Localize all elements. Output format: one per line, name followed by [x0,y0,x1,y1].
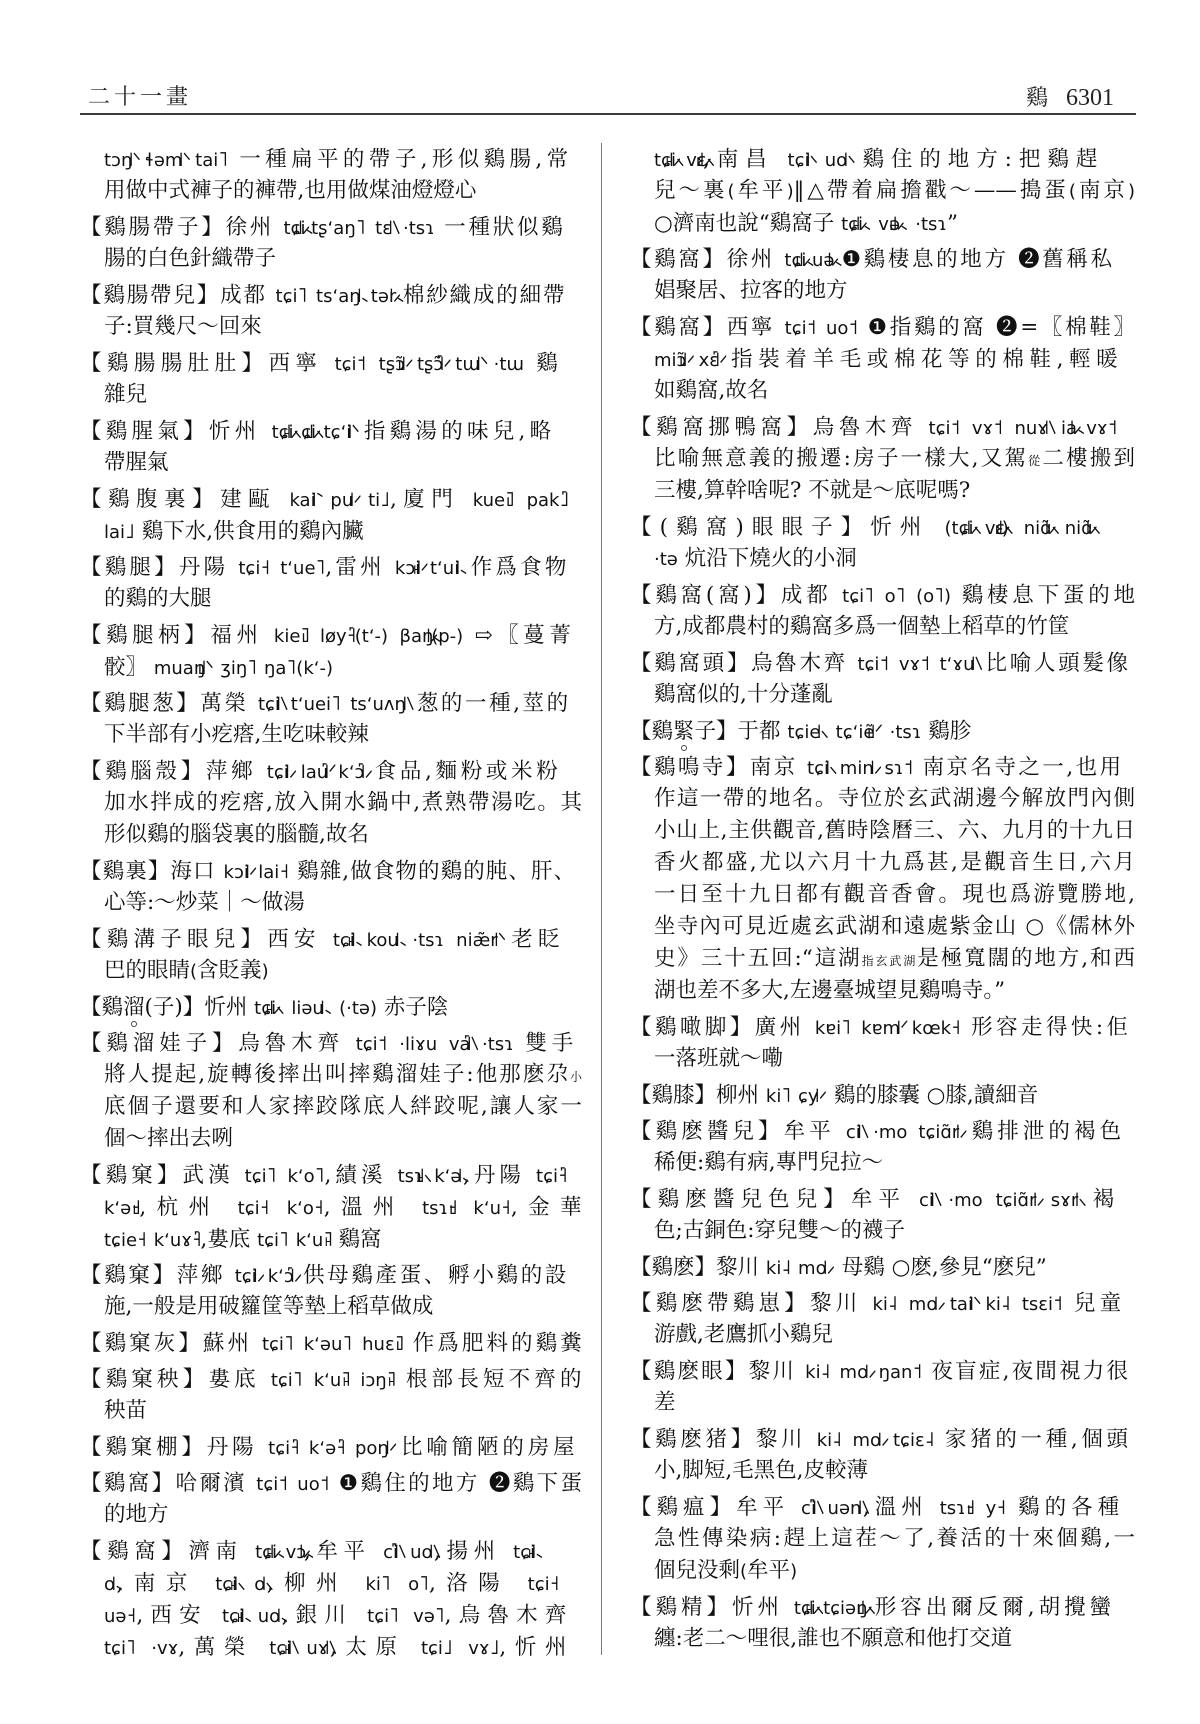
headword-text: 鷄溜娃子 [106,1031,212,1056]
dictionary-entry: 【鷄麽】黎川 ki˨ mo˩˧ 母鷄 ○麽,參見“麽兒” [630,1251,1135,1283]
headword-text: 鷄窩(窩) [655,583,751,608]
ipa-transcription: kʻɔ [338,762,364,783]
ipa-transcription: uɤ [306,1638,328,1659]
tone-letters: ˥˩ [433,1539,434,1563]
entry-line: 差 [630,1387,1135,1419]
bracket-open: 【 [630,1083,652,1108]
tone-letters: ˩ [443,1635,453,1659]
definition-text: 忻州 tɕi˧˩˧˫ liəu˨˩ (·tə) 赤子陰 [204,995,448,1020]
entry-line: 的鷄的大腿 [80,583,582,615]
tone-letters: ˨˩ [399,927,400,951]
left-column: tɔŋ˥˧ ɬəm˥˧ tai˥ 一種扁平的帶子,形似鷄腸,常用做中式褲子的褲帶… [80,143,582,1663]
tone-letters: ˥ [267,1163,277,1187]
definition-text: 黎川 ki˨ mo˩˧ 母鷄 ○麽,參見“麽兒” [716,1255,1047,1280]
ipa-transcription: niɑ̃ [1024,518,1052,539]
tone-letters: ˧ [260,555,270,579]
tone-letters: ˨ [1001,1291,1011,1315]
definition-text: ·tə 炕沿下燒火的小洞 [654,546,857,571]
ipa-transcription: uo [297,1474,319,1495]
ipa-transcription: kʻə [309,1438,336,1459]
entry-line: 一落班就～嘞 [630,1043,1135,1075]
ipa-transcription: ki [817,1430,832,1451]
tone-letters: ˦ [378,1031,388,1055]
ipa-transcription: ia [1061,418,1077,439]
tone-letters: ˨ [832,1427,842,1451]
tone-letters: ˨˦ [249,859,250,883]
ipa-transcription: ) [787,181,794,202]
ipa-transcription: tɕi [654,150,676,171]
bracket-open: 【 [80,995,102,1020]
running-head-right: 鷄6301 [1026,84,1114,113]
definition-text: lai˩ 鷄下水,供食用的鷄內臟 [104,519,364,544]
ipa-transcription: kɔi [395,558,420,579]
tone-letters: ˧˥˪ [874,719,882,743]
dictionary-entry: 【鷄精】忻州 tɕi˧˩˧˫ tɕiəŋ˧˩˧˪ 形容出爾反爾,胡攪蠻纏:老二～… [630,1591,1135,1655]
bracket-close: 】 [176,691,200,716]
ipa-transcription: (tɕi [944,518,973,539]
bracket-close: 】 [154,555,179,580]
tone-letters: ˨˩ [280,1603,281,1627]
ipa-transcription: xɛ [699,350,719,371]
headword-text: 鷄瘟 [657,1495,710,1520]
tone-letters: ˦ [357,351,367,375]
ipa-transcription: tɔŋ [104,150,132,171]
dictionary-entry: 【鷄窩】徐州 tɕi˨˩˧˪ uə˨˩˧ ❶鷄棲息的地方 ❷舊稱私娼聚居、拉客的… [630,243,1135,307]
ipa-transcription: ci [846,1122,861,1143]
definition-text: 濟南 tɕi˨˩˧˫ vɔ˨˩˧,牟平 ci˥˩˹ uo˥˩,揚州 tɕi˨˩˫ [188,1539,534,1564]
dictionary-entry: 【鷄腸腸肚肚】西寧 tɕi˦ tʂɔ̃˨˦˪ tʂɔ̃˨˦˹ tɯ˥˧ ·tɯ … [80,347,582,411]
ipa-transcription: lai [258,862,279,883]
dictionary-entry: tɕi˧˩˧˫ vɛ˧˩˧˪,南昌 tɕi˦˨ uo˦˨ 鷄住的地方:把鷄趕兒～… [630,143,1135,239]
tone-letters: ˨˩ [459,555,460,579]
ipa-transcription: tɕi [929,418,951,439]
ipa-transcription: uo [258,1606,280,1627]
entry-headword: 【鷄窩(窩)】 [630,583,781,608]
dictionary-entry: 【鷄溜(子)】忻州 tɕi˧˩˧˫ liəu˨˩ (·tə) 赤子陰 [80,991,582,1023]
entry-line: 史》三十五回:“這湖指玄武湖是極寬闊的地方,和西 [630,943,1135,975]
ipa-transcription: tɕi [284,218,306,239]
dictionary-entry: 【鷄溜娃子】烏魯木齊 tɕi˦ ·liɤu va˥˩˹ ·tsɿ 雙手將人提起,… [80,1027,582,1155]
definition-text: 西安 tɕi˨˩˫ kou˨˩ ·tsɿ niæ̃r˥˧ 老眨 [267,927,559,952]
ipa-transcription: ki [365,1574,380,1595]
ipa-transcription: tʂɔ̃ [417,354,443,375]
bracket-close: 】 [716,719,738,744]
tone-letters: ˧˹ [192,1227,200,1251]
tone-letters: ˩˧ [959,1119,960,1143]
ipa-transcription: tɕi [785,318,807,339]
dictionary-entry: 【鷄瘟】牟平 ci˥˩˹ uən˥˩,溫州 tsɿ˧˪ y˧ 鷄的各種急性傳染病… [630,1491,1135,1587]
entry-line: 方,成都農村的鷄窩多爲一個墊上稻草的竹筐 [630,611,1135,643]
bracket-close: 】 [192,487,220,512]
bracket-open: 【 [630,1495,657,1520]
definition-text: 史》三十五回:“這湖 [654,946,862,971]
headword-text: (鷄窩)眼眼子 [660,515,841,540]
entry-line: 比喻無意義的搬遷:房子一樣大,又駕從二樓搬到 [630,443,1135,475]
ipa-transcription: ·liɤu [399,1034,437,1055]
ipa-transcription: kou [367,930,399,951]
bracket-close: 】 [787,415,813,440]
ipa-transcription: tai [195,150,218,171]
definition-text: 福州 kie˥˪ løy˧˹(tʻ-) βaŋ˨˩˧(p-) ⇨〖蔓菁 [210,623,570,648]
definition-text: 牟平 ci˥˩ ·mo tɕiɑ̃r˩˧ sɤr˧˩ 褐 [851,1187,1114,1212]
entry-line: 坐寺內可見近處玄武湖和遠處紫金山 ○《儒林外 [630,911,1135,943]
dictionary-entry: 【鷄腦殼】萍鄉 tɕi˩˧ lau˧˥˹ kʻɔ˩˧˹ 食品,麵粉或米粉加水拌成… [80,755,582,851]
definition-text: 南京 tɕi˧˩ min˩˧ sɿ˦ 南京名寺之一,也用 [750,755,1121,780]
definition-text: 成都 tɕi˥ o˥ (o˥) 鷄棲息下蛋的地 [781,583,1135,608]
ipa-transcription: nuɤ [1014,418,1048,439]
bracket-open: 【 [80,215,104,240]
bracket-close: 】 [727,651,751,676]
entry-headword: 【鷄腿柄】 [80,623,210,648]
entry-line: 娼聚居、拉客的地方 [630,275,1135,307]
tone-letters: ˥˩ [1048,415,1049,439]
entry-line: 【鷄麽醬兒】牟平 ci˥˩ ·mo tɕiɑ̃r˩˧ 鷄排泄的褐色 [630,1115,1135,1147]
ipa-transcription: ɬəm [145,150,182,171]
definition-text: tɕie˧ kʻuɤ˧˹,婁底 tɕi˥ kʻu˥˫ 鷄窩 [104,1227,382,1252]
ipa-transcription: ʒiŋ [220,658,247,679]
bracket-close: 】 [181,1435,206,1460]
ipa-transcription: tɕi [257,1230,279,1251]
tone-letters: ˨˩ [115,1571,116,1595]
ipa-transcription: kʻu [314,1370,342,1391]
bracket-close: 】 [212,1031,238,1056]
definition-text: 小山上,主供觀音,舊時陰曆三、六、九月的十九日 [654,818,1135,843]
ipa-transcription: ·tsɿ [412,930,444,951]
definition-text: 海口 kɔi˨˦ lai˧ 鷄雜,做食物的鷄的肫、肝、 [170,859,575,884]
dictionary-entry: 【鷄窩頭】烏魯木齊 tɕi˦ vɤ˦ tʻɤu˥˩ 比喻人頭髮像鷄窩似的,十分蓬… [630,647,1135,711]
ipa-transcription: sɤr [1051,1190,1079,1211]
bracket-open: 【 [630,1595,656,1620]
tone-letters: ˩ [380,487,390,511]
entry-line: 湖也差不多大,左邊臺城望見鷄鳴寺。” [630,975,1135,1007]
tone-letters: ˥ [293,1367,303,1391]
bracket-close: 】 [695,1255,717,1280]
bracket-open: 【 [630,1427,655,1452]
ipa-transcription: ŋan [879,1362,913,1383]
headword-text: 鷄窩 [654,247,702,272]
ipa-transcription: ) [944,586,951,607]
entry-line: 心等:～炒菜｜～做湯 [80,887,582,919]
tone-letters: ˧˩ [829,755,830,779]
ipa-transcription: kɐi [815,1018,841,1039]
definition-text: 萍鄉 tɕi˩˧ lau˧˥˹ kʻɔ˩˧˹ 食品,麵粉或米粉 [206,759,558,784]
ipa-transcription: tɕi [262,1334,284,1355]
ipa-transcription: ki [766,1086,781,1107]
definition-text: 萬榮 tɕi˥˩ tʻuei˥ tsʻuʌŋ˥˩ 葱的一種,莖的 [200,691,568,716]
ipa-transcription: tɕie [104,1230,137,1251]
tone-letters: ˥ [435,1603,445,1627]
entry-line: 【鷄腿】丹陽 tɕi˧ tʻue˥,雷州 kɔi˨˦˫ tʻui˨˩ 作爲食物 [80,551,582,583]
dictionary-entry: 【鷄窠秧】婁底 tɕi˥ kʻu˥˫ iɔŋ˥˫ 根部長短不齊的秧苗 [80,1363,582,1427]
headword-text: 鷄窩 [654,315,702,340]
ipa-transcription: tʂɔ̃ [379,354,405,375]
entry-line: 雜兒 [80,379,582,411]
tone-letters: ˥ [126,1635,136,1659]
ipa-transcription: tɕi [256,1474,278,1495]
tone-letters: ˩˧ [289,759,290,783]
definition-text: 黎川 ki˨ mo˩˧ ŋan˦ 夜盲症,夜間視力很 [749,1359,1128,1384]
tone-letters: ˨˩ [361,283,362,307]
ipa-transcription: tsɛi [1022,1294,1053,1315]
ipa-transcription: løy [320,626,347,647]
tone-letters: ˥ [934,583,944,607]
ipa-transcription: tɯ [455,354,480,375]
bracket-open: 【 [80,1539,107,1564]
entry-line: 用做中式褲子的褲帶,也用做煤油燈燈心 [80,175,582,207]
dictionary-entry: 【鷄麽醬兒】牟平 ci˥˩ ·mo tɕiɑ̃r˩˧ 鷄排泄的褐色稀便:鷄有病,… [630,1115,1135,1179]
ipa-transcription: tsʻaŋ [316,286,361,307]
bracket-close: 】 [841,515,871,540]
bracket-close: 】 [725,1359,749,1384]
entry-headword: 【鷄窠棚】 [80,1435,207,1460]
interlinear-note: 從 [1028,454,1042,468]
headword-text: 鷄窩挪鴨窩 [656,415,787,440]
tone-letters: ˧ [550,1571,560,1595]
ipa-transcription: ɕi [301,422,316,443]
tone-letters: ˨˩ [461,1163,462,1187]
headword-text: 鷄麽醬兒 [656,1119,758,1144]
definition-text: 一落班就～嘞 [654,1046,783,1071]
running-head-section: 二十一畫 [88,84,192,112]
ipa-transcription: pu [330,490,353,511]
ipa-transcription: tɕi [254,998,276,1019]
tone-letters: ˨ [925,1427,935,1451]
ipa-transcription: lau [301,762,328,783]
headword-text: 鷄窠秧 [106,1367,183,1392]
definition-text: miɔ̃˨˦˪ xɛ˨˦˹ 指裝着羊毛或棉花等的棉鞋,輕暖 [654,347,1118,372]
bracket-open: 【 [630,1119,656,1144]
ipa-transcription: tɕi [276,286,298,307]
entry-line: 【鷄窠】萍鄉 tɕi˩˧ kʻɔ˩˧˹ 供母鷄產蛋、孵小鷄的設 [80,1259,582,1291]
tone-letters: ˥ [841,1015,851,1039]
ipa-transcription: tɕi [272,422,294,443]
ipa-transcription: va [449,1034,471,1055]
entry-headword: 【鷄腹裏】 [80,487,220,512]
entry-line: 小,脚短,毛黑色,皮較薄 [630,1455,1135,1487]
entry-line: 急性傳染病:趕上這茬～了,養活的十來個鷄,一 [630,1523,1135,1555]
tone-letters: ˥ [284,1331,294,1355]
bracket-close: 】 [183,419,209,444]
ipa-transcription: kʻɔ [268,1266,294,1287]
entry-line: 【鷄噉脚】廣州 kɐi˥ kɐm˧˥ kœk˧ 形容走得快:佢 [630,1011,1135,1043]
tone-letters: ˥˩ [861,1119,862,1143]
ipa-transcription: ki [766,1258,781,1279]
tone-letters: ˩˧ [874,755,875,779]
ipa-transcription: uo [825,150,847,171]
dictionary-entry: 【鷄腿】丹陽 tɕi˧ tʻue˥,雷州 kɔi˨˦˫ tʻui˨˩ 作爲食物的… [80,551,582,615]
ipa-transcription: o [408,1574,419,1595]
definition-text: 帶腥氣 [104,450,169,475]
tone-letters: ˧ [501,1195,511,1219]
ipa-transcription: ) [790,1561,797,1582]
ipa-transcription: tɕi [807,758,829,779]
entry-headword: 【鷄麽猪】 [630,1427,756,1452]
dictionary-entry: 【鷄麽醬兒色兒】牟平 ci˥˩ ·mo tɕiɑ̃r˩˧ sɤr˧˩ 褐色;古銅… [630,1183,1135,1247]
bracket-open: 【 [80,419,106,444]
ipa-transcription: kʻəu [304,1334,343,1355]
ipa-transcription: kœk [912,1018,951,1039]
entry-line: 子:買幾尺～回來 [80,311,582,343]
tone-letters: ˨˩˧˪ [900,211,908,235]
bracket-open: 【 [630,1015,655,1040]
interlinear-note: 指玄武湖 [862,954,918,968]
entry-line: 帶腥氣 [80,447,582,479]
ipa-transcription: tɕi [421,1638,443,1659]
bracket-close: 】 [758,1119,784,1144]
entry-line: 兒～裏(牟平)‖△帶着扁擔戳～——搗蛋(南京) [630,175,1135,207]
bracket-open: 【 [630,755,654,780]
entry-line: 如鷄窩,故名 [630,375,1135,407]
ipa-transcription: tʂʻaŋ [311,218,356,239]
entry-line: 【鷄腿葱】萬榮 tɕi˥˩ tʻuei˥ tsʻuʌŋ˥˩ 葱的一種,莖的 [80,687,582,719]
tone-letters: ˥˧˪ [205,655,213,679]
bracket-open: 【 [80,1031,106,1056]
definition-text: 急性傳染病:趕上這茬～了,養活的十來個鷄,一 [654,1526,1135,1551]
definition-text: 如鷄窩,故名 [654,378,768,403]
ipa-transcription: ·vɤ [151,1638,178,1659]
ipa-transcription: vɤ [899,654,920,675]
headword-text: 鷄緊子 [652,719,717,744]
tone-letters: ˦ [807,315,817,339]
tone-letters: ˧ [260,1195,270,1219]
bracket-close: 】 [157,1163,183,1188]
ipa-transcription: tɕi [842,586,864,607]
ipa-transcription: tʻɤu [940,654,975,675]
ipa-transcription: tɛ [375,218,392,239]
tone-letters: ˩˧ [937,1291,938,1315]
definition-text: 柳州 ki˥ ɕy˨˦ 鷄的膝囊 ○膝,讀細音 [716,1083,1038,1108]
tone-letters: ˥ [331,691,341,715]
headword-text: 鷄溝子眼兒 [107,927,241,952]
definition-text: 忻州 tɕi˧˩˧˫ tɕiəŋ˧˩˧˪ 形容出爾反爾,胡攪蠻 [732,1595,1111,1620]
entry-line: 【鷄腿柄】福州 kie˥˪ løy˧˹(tʻ-) βaŋ˨˩˧(p-) ⇨〖蔓菁 [80,619,582,651]
ipa-transcription: tɕi [104,1638,126,1659]
bracket-close: 】 [201,215,225,240]
definition-text: 游戲,老鷹抓小鷄兒 [654,1322,833,1347]
dictionary-entry: 【鷄溝子眼兒】西安 tɕi˨˩˫ kou˨˩ ·tsɿ niæ̃r˥˧ 老眨巴的… [80,923,582,987]
ipa-transcription: ki [805,1362,820,1383]
definition-text: 雜兒 [104,382,147,407]
headword-text: 鷄精 [656,1595,707,1620]
ipa-transcription: ·mo [873,1122,907,1143]
definition-text: 廣州 kɐi˥ kɐm˧˥ kœk˧ 形容走得快:佢 [755,1015,1128,1040]
ipa-transcription: uə [104,1606,126,1627]
entry-line: 【鷄窩挪鴨窩】烏魯木齊 tɕi˦ vɤ˦ nuɤ˥˩ ia˨˩˧ vɤ˦ [630,411,1135,443]
tone-letters: ˥˧ [351,419,352,443]
ipa-transcription: mo [840,1362,869,1383]
entry-line: 【鷄腸帶兒】成都 tɕi˥ tsʻaŋ˨˩ tər˨˩˧ 棉紗織成的細帶 [80,279,582,311]
ipa-transcription: iɔŋ [360,1370,386,1391]
definition-text: 下半部有小疙瘩,生吃味較辣 [104,722,369,747]
headword-text: 鷄窠 [106,1163,157,1188]
tone-letters: ˥˫ [387,1367,395,1391]
entry-headword: 【鷄麽醬兒色兒】 [630,1187,851,1212]
ipa-transcription: niæ̃r [456,930,497,951]
entry-headword: 【鷄麽眼】 [630,1359,749,1384]
ipa-transcription: vɤ [468,1638,489,1659]
bracket-open: 【 [80,759,105,784]
ipa-transcription: ( [740,1561,747,1582]
entry-headword: 【鷄腸腸肚肚】 [80,351,268,376]
definition-text: 骹〗 muaŋ˥˧˪ ʒiŋ˥ ŋa˥(kʻ-) [104,655,333,680]
ipa-transcription: tɕi [258,694,280,715]
headword-text: 鷄麽眼 [654,1359,725,1384]
tone-letters: ˥ [896,583,906,607]
ipa-transcription: tʻui [430,558,459,579]
entry-line: 【鷄窩】西寧 tɕi˦ uo˦ ❶指鷄的窩 ❷=〖棉鞋〗 [630,311,1135,343]
definition-text: 作這一帶的地名。寺位於玄武湖邊今解放門內側 [654,786,1135,811]
entry-line: 【鷄窠】武漢 tɕi˥ kʻo˥,績溪 tsɿ˧˩˫ kʻə˨˩,丹陽 tɕi˧… [80,1159,582,1191]
tone-letters: ˩˧ [881,1427,882,1451]
bracket-close: 】 [703,315,727,340]
definition-text: 婁底 tɕi˥ kʻu˥˫ iɔŋ˥˫ 根部長短不齊的 [208,1367,581,1392]
tone-letters: ˧˪ [966,1495,974,1519]
headword-text: 鷄鳴寺 [654,755,726,780]
tone-letters: ˥˩ [934,1187,935,1211]
headword-text: 鷄窠棚 [105,1435,181,1460]
definition-text: 纏:老二～哩很,誰也不願意和他打交道 [654,1626,1012,1651]
tone-letters: ˥ [297,283,307,307]
ipa-transcription: (tʻ-) [355,626,388,647]
tone-letters: ˧˪ [448,1195,456,1219]
ipa-transcription: tɕi [536,1166,558,1187]
entry-line: 秧苗 [80,1395,582,1427]
tone-letters: ˩ [125,519,135,543]
ipa-transcription: vɔ [286,1542,307,1563]
headword-text: 鷄腹裏 [108,487,192,512]
bracket-close: 】 [181,759,206,784]
headword-text: 鷄窠 [104,1263,152,1288]
definition-text: 牟平 ci˥˩˹ uən˥˩,溫州 tsɿ˧˪ y˧ 鷄的各種 [736,1495,1119,1520]
entry-line: 色;古銅色:穿兒雙～的襪子 [630,1215,1135,1247]
ipa-transcription: min [840,758,874,779]
tone-letters: ˥ [419,1571,429,1595]
ipa-transcription: və [413,1606,435,1627]
tone-letters: ˦ [912,1359,922,1383]
ipa-transcription: ti [368,490,380,511]
entry-headword: 【鷄腦殼】 [80,759,206,784]
entry-line: 三樓,算幹啥呢? 不就是～底呢嗎? [630,475,1135,507]
bracket-open: 【 [630,515,660,540]
ipa-transcription: tsɿ [398,1166,424,1187]
ipa-transcription: (·tə) [339,998,377,1019]
tone-letters: ˥˩ [861,1495,862,1519]
definition-text: uə˧,西安 tɕi˨˩˫ uo˨˩,銀川 tɕi˥ və˥,烏魯木齊 [104,1603,566,1628]
entry-line: 【鷄腥氣】忻州 tɕi˧˩˧˫ ɕi˧˩˧˪ tɕʻi˥˧ 指鷄湯的味兒,略 [80,415,582,447]
tone-letters: ˥˧ [182,147,183,171]
dictionary-entry: 【鷄窩】西寧 tɕi˦ uo˦ ❶指鷄的窩 ❷=〖棉鞋〗miɔ̃˨˦˪ xɛ˨˦… [630,311,1135,407]
bracket-close: 】 [183,995,205,1020]
headword-text: 鷄腦殼 [105,759,181,784]
entry-line: 【鷄窠灰】蘇州 tɕi˥ kʻəu˥ huɛ˥˪ 作爲肥料的鷄糞 [80,1327,582,1359]
ipa-transcription: kʻə [434,1166,461,1187]
entry-headword: 【鷄緊子】 [630,719,738,744]
ipa-transcription: pak [527,490,560,511]
definition-text: 子:買幾尺～回來 [104,314,262,339]
headword-text: 鷄麽 [652,1255,695,1280]
definition-text: 比喻無意義的搬遷:房子一樣大,又駕 [654,446,1028,471]
tone-letters: ˥˧ [973,1291,974,1315]
tone-letters: ˥ [356,215,366,239]
tone-letters: ˧ [314,1195,324,1219]
dictionary-entry: 【鷄腸帶兒】成都 tɕi˥ tsʻaŋ˨˩ tər˨˩˧ 棉紗織成的細帶子:買幾… [80,279,582,343]
dictionary-entry: 【鷄腿葱】萬榮 tɕi˥˩ tʻuei˥ tsʻuʌŋ˥˩ 葱的一種,莖的下半部… [80,687,582,751]
entry-line: o˨˩,南京 tɕi˧˩˫ o˧˩,柳州 ki˥ o˥,洛陽 tɕi˧ [80,1567,582,1599]
entry-line: 【鷄麽猪】黎川 ki˨ mo˩˧ tɕiɛ˨ 家猪的一種,個頭 [630,1423,1135,1455]
tone-letters: ˧˪ [131,1195,139,1219]
ipa-transcription: liəu [291,998,323,1019]
entry-line: 【鷄窠棚】丹陽 tɕi˧˹ kʻə˧˹ poŋ˨˦ 比喻簡陋的房屋 [80,1431,582,1463]
